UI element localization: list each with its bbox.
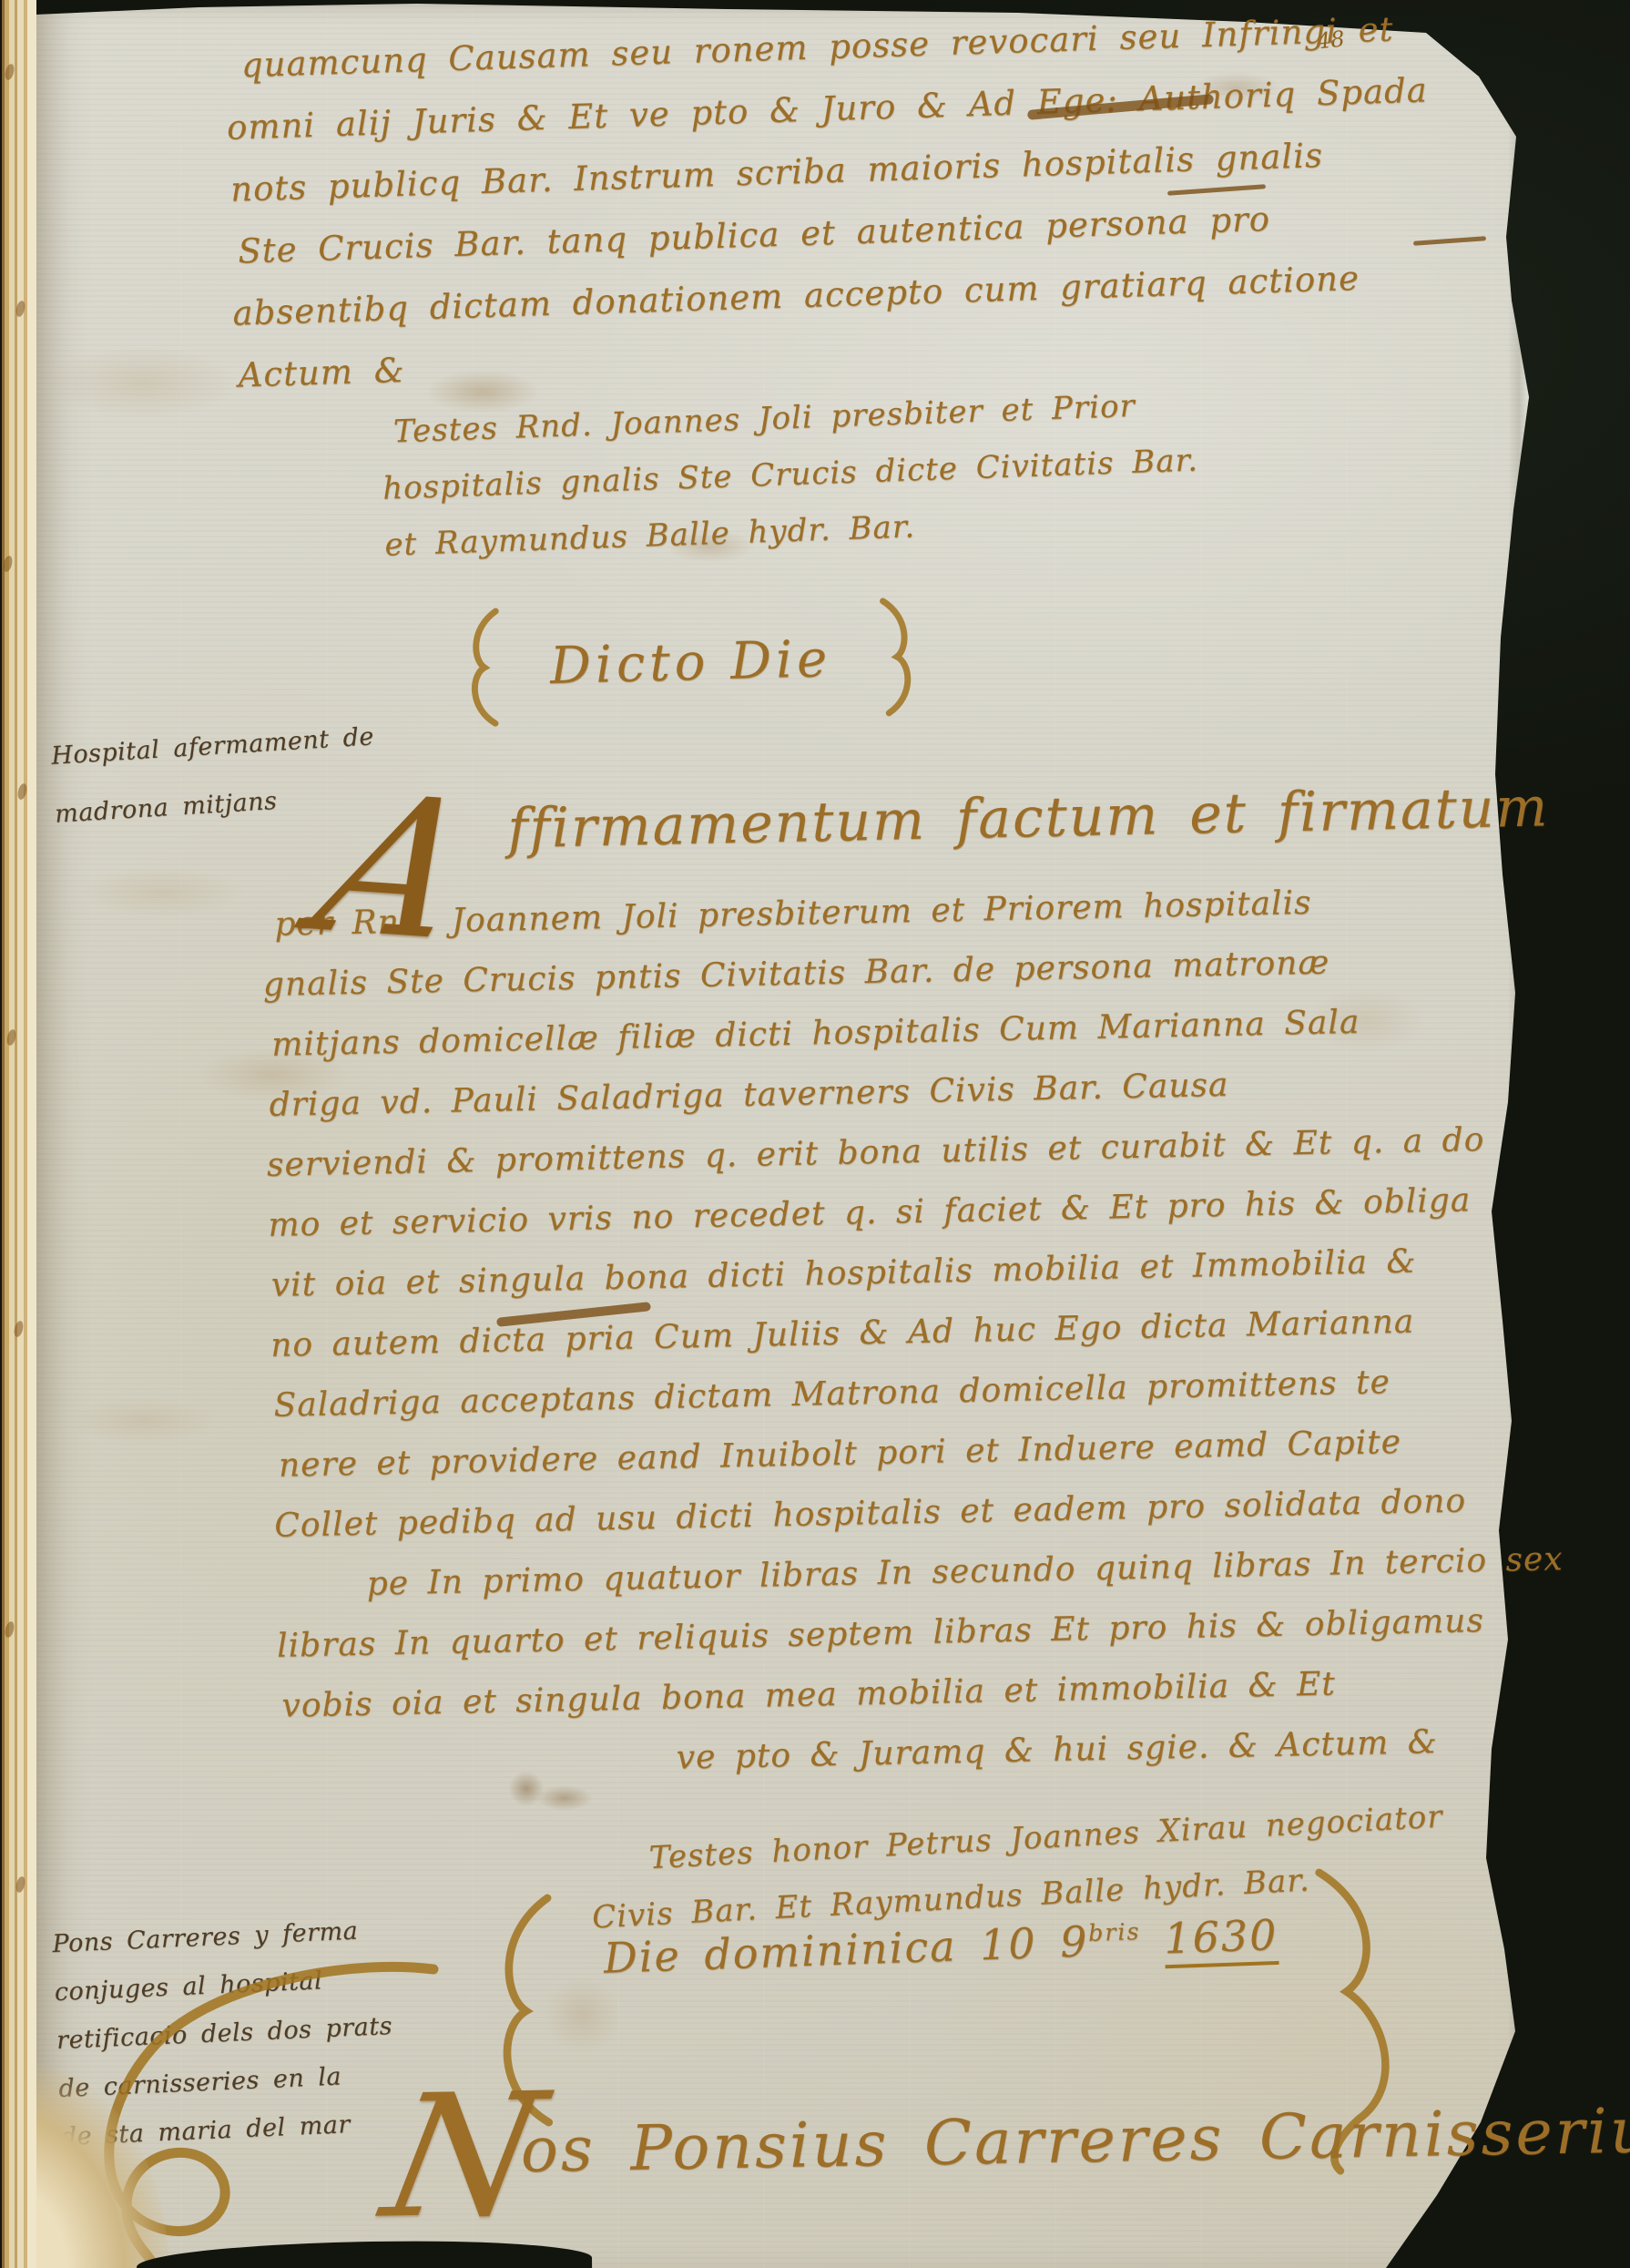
gutter-ink-mark — [15, 1875, 26, 1894]
gutter-ink-mark — [4, 63, 15, 81]
manuscript-page: 48 quamcunq Causam seu ronem posse revoc… — [0, 0, 1630, 2268]
gutter-ink-mark — [5, 1028, 17, 1047]
signature-text: os Ponsius Carreres Carnisserius — [520, 2068, 1630, 2187]
signature-line: N os Ponsius Carreres Carnisserius — [389, 2068, 1630, 2225]
gutter-ink-mark — [15, 300, 26, 318]
section-heading-row: Dicto Die — [433, 597, 947, 729]
gutter-ink-mark — [13, 1320, 25, 1338]
calligraphic-flourish-icon — [433, 608, 527, 729]
gutter-ink-mark — [4, 1620, 15, 1639]
book-gutter — [0, 0, 36, 2268]
date-superscript: bris — [1088, 1918, 1141, 1946]
calligraphic-flourish-icon — [853, 597, 947, 718]
witness-block-first: Testes Rnd. Joannes Joli presbiter et Pr… — [380, 375, 1201, 573]
signature-initial-n: N — [377, 2087, 551, 2224]
gutter-ink-mark — [16, 782, 28, 801]
main-paragraph: A ffirmamentum factum et firmatum per Rn… — [260, 775, 1570, 1796]
date-prefix: Die domininica 10 9 — [603, 1916, 1089, 1983]
opening-paragraph: quamcunq Causam seu ronem posse revocari… — [224, 0, 1436, 407]
section-heading: Dicto Die — [549, 628, 832, 695]
date-year: 1630 — [1163, 1910, 1279, 1968]
gutter-ink-mark — [2, 555, 14, 573]
